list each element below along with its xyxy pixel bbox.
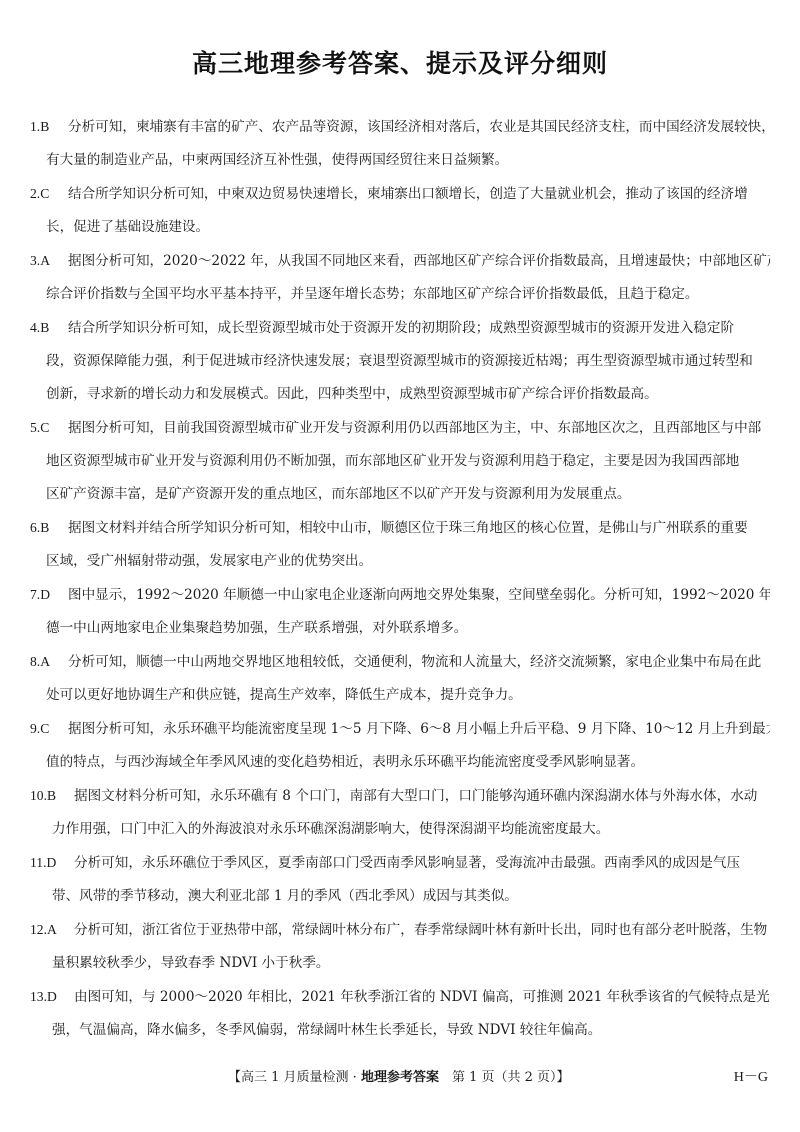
- footer-exam: 【高三 1 月质量检测 ·: [228, 1070, 361, 1085]
- answer-text: 值的特点，与西沙海域全年季风风速的变化趋势相近，表明永乐环礁平均能流密度受季风影…: [30, 746, 770, 779]
- answer-number: 8.A: [30, 645, 68, 678]
- footer-subject: 地理参考答案: [361, 1070, 439, 1085]
- page-title: 高三地理参考答案、提示及评分细则: [0, 44, 800, 80]
- answer-text: 长，促进了基础设施建设。: [30, 211, 770, 244]
- answer-number: 4.B: [30, 311, 68, 344]
- answer-text: 强，气温偏高，降水偏多，冬季风偏弱，常绿阔叶林生长季延长，导致 NDVI 较往年…: [30, 1014, 770, 1047]
- answer-number: 7.D: [30, 578, 68, 611]
- answer-text: 据图分析可知，永乐环礁平均能流密度呈现 1～5 月下降、6～8 月小幅上升后平稳…: [68, 721, 770, 737]
- answer-text: 分析可知，永乐环礁位于季风区，夏季南部口门受西南季风影响显著，受海流冲击最强。西…: [74, 855, 740, 871]
- answer-text: 分析可知，顺德一中山两地交界地区地租较低，交通便利，物流和人流量大，经济交流频繁…: [68, 654, 761, 670]
- answer-item-13: 13.D由图可知，与 2000～2020 年相比，2021 年秋季浙江省的 ND…: [30, 980, 770, 1047]
- answer-text: 综合评价指数与全国平均水平基本持平，并呈逐年增长态势；东部地区矿产综合评价指数最…: [30, 278, 770, 311]
- answer-text: 有大量的制造业产品，中柬两国经济互补性强，使得两国经贸往来日益频繁。: [30, 144, 770, 177]
- answer-text: 量积累较秋季少，导致春季 NDVI 小于秋季。: [30, 947, 770, 980]
- answer-text: 德一中山两地家电企业集聚趋势加强，生产联系增强，对外联系增多。: [30, 612, 770, 645]
- answer-text: 图中显示，1992～2020 年顺德一中山家电企业逐渐向两地交界处集聚，空间壁垒…: [68, 587, 770, 603]
- answer-number: 6.B: [30, 511, 68, 544]
- answer-text: 结合所学知识分析可知，成长型资源型城市处于资源开发的初期阶段；成熟型资源型城市的…: [68, 320, 734, 336]
- answer-number: 5.C: [30, 411, 68, 444]
- answer-text: 段，资源保障能力强，利于促进城市经济快速发展；衰退型资源型城市的资源接近枯竭；再…: [30, 345, 770, 378]
- answer-number: 1.B: [30, 110, 68, 143]
- footer-page-number: 第 1 页（共 2 页）】: [439, 1070, 570, 1085]
- answer-item-11: 11.D分析可知，永乐环礁位于季风区，夏季南部口门受西南季风影响显著，受海流冲击…: [30, 846, 770, 913]
- answer-text: 创新，寻求新的增长动力和发展模式。因此，四种类型中，成熟型资源型城市矿产综合评价…: [30, 378, 770, 411]
- answer-text: 据图文材料并结合所学知识分析可知，相较中山市，顺德区位于珠三角地区的核心位置，是…: [68, 520, 748, 536]
- answer-text: 结合所学知识分析可知，中柬双边贸易快速增长，柬埔寨出口额增长，创造了大量就业机会…: [68, 186, 748, 202]
- answer-item-2: 2.C结合所学知识分析可知，中柬双边贸易快速增长，柬埔寨出口额增长，创造了大量就…: [30, 177, 770, 244]
- answer-number: 12.A: [30, 913, 74, 946]
- answer-item-7: 7.D图中显示，1992～2020 年顺德一中山家电企业逐渐向两地交界处集聚，空…: [30, 578, 770, 645]
- answer-item-8: 8.A分析可知，顺德一中山两地交界地区地租较低，交通便利，物流和人流量大，经济交…: [30, 645, 770, 712]
- answer-number: 3.A: [30, 244, 68, 277]
- answer-item-10: 10.B据图文材料分析可知，永乐环礁有 8 个口门，南部有大型口门，口门能够沟通…: [30, 779, 770, 846]
- footer-code: H－G: [734, 1066, 768, 1086]
- answer-text: 据图分析可知，目前我国资源型城市矿业开发与资源利用仍以西部地区为主，中、东部地区…: [68, 420, 761, 436]
- answer-item-3: 3.A据图分析可知，2020～2022 年，从我国不同地区来看，西部地区矿产综合…: [30, 244, 770, 311]
- answer-item-12: 12.A分析可知，浙江省位于亚热带中部，常绿阔叶林分布广，春季常绿阔叶林有新叶长…: [30, 913, 770, 980]
- answer-text: 分析可知，柬埔寨有丰富的矿产、农产品等资源，该国经济相对落后，农业是其国民经济支…: [68, 119, 770, 135]
- answer-text: 地区资源型城市矿业开发与资源利用仍不断加强，而东部地区矿业开发与资源利用趋于稳定…: [30, 445, 770, 478]
- answer-item-4: 4.B结合所学知识分析可知，成长型资源型城市处于资源开发的初期阶段；成熟型资源型…: [30, 311, 770, 411]
- answer-list: 1.B分析可知，柬埔寨有丰富的矿产、农产品等资源，该国经济相对落后，农业是其国民…: [30, 110, 770, 1047]
- answer-number: 11.D: [30, 846, 74, 879]
- answer-text: 分析可知，浙江省位于亚热带中部，常绿阔叶林分布广，春季常绿阔叶林有新叶长出，同时…: [74, 922, 767, 938]
- answer-text: 力作用强，口门中汇入的外海波浪对永乐环礁深潟湖影响大，使得深潟湖平均能流密度最大…: [30, 813, 770, 846]
- answer-text: 区矿产资源丰富，是矿产资源开发的重点地区，而东部地区不以矿产开发与资源利用为发展…: [30, 478, 770, 511]
- answer-text: 由图可知，与 2000～2020 年相比，2021 年秋季浙江省的 NDVI 偏…: [74, 989, 770, 1005]
- answer-text: 处可以更好地协调生产和供应链，提高生产效率，降低生产成本，提升竞争力。: [30, 679, 770, 712]
- answer-text: 区域，受广州辐射带动强，发展家电产业的优势突出。: [30, 545, 770, 578]
- answer-item-6: 6.B据图文材料并结合所学知识分析可知，相较中山市，顺德区位于珠三角地区的核心位…: [30, 511, 770, 578]
- answer-item-5: 5.C据图分析可知，目前我国资源型城市矿业开发与资源利用仍以西部地区为主，中、东…: [30, 411, 770, 511]
- answer-number: 13.D: [30, 980, 74, 1013]
- answer-text: 据图文材料分析可知，永乐环礁有 8 个口门，南部有大型口门，口门能够沟通环礁内深…: [74, 788, 757, 804]
- answer-item-1: 1.B分析可知，柬埔寨有丰富的矿产、农产品等资源，该国经济相对落后，农业是其国民…: [30, 110, 770, 177]
- answer-item-9: 9.C据图分析可知，永乐环礁平均能流密度呈现 1～5 月下降、6～8 月小幅上升…: [30, 712, 770, 779]
- answer-number: 2.C: [30, 177, 68, 210]
- answer-text: 带、风带的季节移动，澳大利亚北部 1 月的季风（西北季风）成因与其类似。: [30, 880, 770, 913]
- answer-text: 据图分析可知，2020～2022 年，从我国不同地区来看，西部地区矿产综合评价指…: [68, 253, 770, 269]
- footer-label: 【高三 1 月质量检测 · 地理参考答案 第 1 页（共 2 页）】: [228, 1066, 570, 1085]
- answer-number: 9.C: [30, 712, 68, 745]
- answer-number: 10.B: [30, 779, 74, 812]
